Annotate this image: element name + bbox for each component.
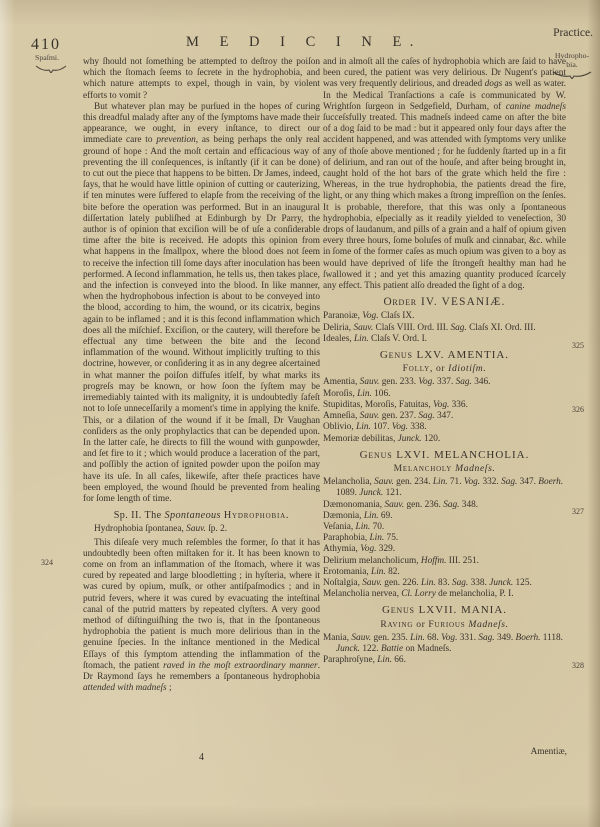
signature-mark: 4 [83, 752, 320, 763]
paragraph-continuation: why ſhould not ſomething be attempted to… [83, 57, 320, 102]
genus-66-subheading: Melancholy Madneſs. [323, 463, 566, 474]
margin-note-spasmi: Spaſmi. [35, 54, 67, 73]
synonym-list-item: Moroſis, Lin. 106. [323, 389, 566, 400]
synonym-list-item: Paraphroſyne, Lin. 66. [323, 655, 566, 666]
genus-67-synonym-list: Mania, Sauv. gen. 235. Lin. 68. Vog. 331… [323, 633, 566, 667]
genus-67-heading: Genus LXVII. MANIA. [323, 605, 566, 616]
left-column: why ſhould not ſomething be attempted to… [83, 57, 320, 694]
margin-ref-324: 324 [41, 558, 53, 567]
synonym-list-item: Paranoiæ, Vog. Claſs IX. [323, 311, 566, 322]
margin-ref-326: 326 [572, 405, 584, 414]
genus-67-subheading: Raving or Furious Madneſs. [323, 619, 566, 630]
genus-65-synonym-list: Amentia, Sauv. gen. 233. Vog. 337. Sag. … [323, 377, 566, 444]
book-page: 410 M E D I C I N E. Practice. Spaſmi. H… [0, 0, 600, 827]
paragraph-continuation: and in almoſt all the caſes of hydrophob… [323, 57, 566, 292]
genus-65-subheading: Folly, or Idiotiſm. [323, 363, 566, 374]
synonym-list-item: Melancholia nervea, Cl. Lorry de melanch… [323, 589, 566, 600]
synonym-list-item: Erotomania, Lin. 82. [323, 567, 566, 578]
underbrace-icon [35, 64, 67, 73]
synonym-list-item: Dæmonia, Lin. 69. [323, 511, 566, 522]
margin-ref-327: 327 [572, 507, 584, 516]
synonym-list-item: Dæmonomania, Sauv. gen. 236. Sag. 348. [323, 500, 566, 511]
synonym-list-item: Stupiditas, Moroſis, Fatuitas, Vog. 336. [323, 400, 566, 411]
order-heading: Order IV. VESANIÆ. [323, 297, 566, 308]
order-synonym-list: Paranoiæ, Vog. Claſs IX.Deliria, Sauv. C… [323, 311, 566, 345]
genus-66-synonym-list: Melancholia, Sauv. gen. 234. Lin. 71. Vo… [323, 477, 566, 600]
synonym-list-item: Athymia, Vog. 329. [323, 544, 566, 555]
synonym-list-item: Amneſia, Sauv. gen. 237. Sag. 347. [323, 411, 566, 422]
margin-note-spasmi-label: Spaſmi. [35, 53, 59, 62]
species-synonym-line: Hydrophobia ſpontanea, Sauv. ſp. 2. [83, 524, 320, 535]
paragraph: This diſeaſe very much reſembles the for… [83, 538, 320, 695]
synonym-list-item: Ideales, Lin. Claſs V. Ord. I. [323, 334, 566, 345]
running-title: M E D I C I N E. [0, 34, 600, 51]
synonym-list-item: Amentia, Sauv. gen. 233. Vog. 337. Sag. … [323, 377, 566, 388]
margin-ref-328: 328 [572, 661, 584, 670]
running-head-practice: Practice. [553, 27, 593, 39]
synonym-list-item: Melancholia, Sauv. gen. 234. Lin. 71. Vo… [323, 477, 566, 499]
synonym-list-item: Delirium melancholicum, Hoffm. III. 251. [323, 556, 566, 567]
synonym-list-item: Oblivio, Lin. 107. Vog. 338. [323, 422, 566, 433]
species-heading: Sp. II. The Spontaneous Hydrophobia. [83, 510, 320, 521]
margin-ref-325: 325 [572, 341, 584, 350]
synonym-list-item: Paraphobia, Lin. 75. [323, 533, 566, 544]
genus-66-heading: Genus LXVI. MELANCHOLIA. [323, 450, 566, 461]
synonym-list-item: Veſania, Lin. 70. [323, 522, 566, 533]
synonym-list-item: Mania, Sauv. gen. 235. Lin. 68. Vog. 331… [323, 633, 566, 655]
synonym-list-item: Deliria, Sauv. Claſs VIII. Ord. III. Sag… [323, 323, 566, 334]
right-column: and in almoſt all the caſes of hydrophob… [323, 57, 566, 667]
genus-65-heading: Genus LXV. AMENTIA. [323, 350, 566, 361]
paragraph: But whatever plan may be purſued in the … [83, 102, 320, 505]
synonym-list-item: Noſtalgia, Sauv. gen. 226. Lin. 83. Sag.… [323, 578, 566, 589]
catchword: Amentiæ, [323, 747, 567, 757]
synonym-list-item: Memoriæ debilitas, Junck. 120. [323, 434, 566, 445]
